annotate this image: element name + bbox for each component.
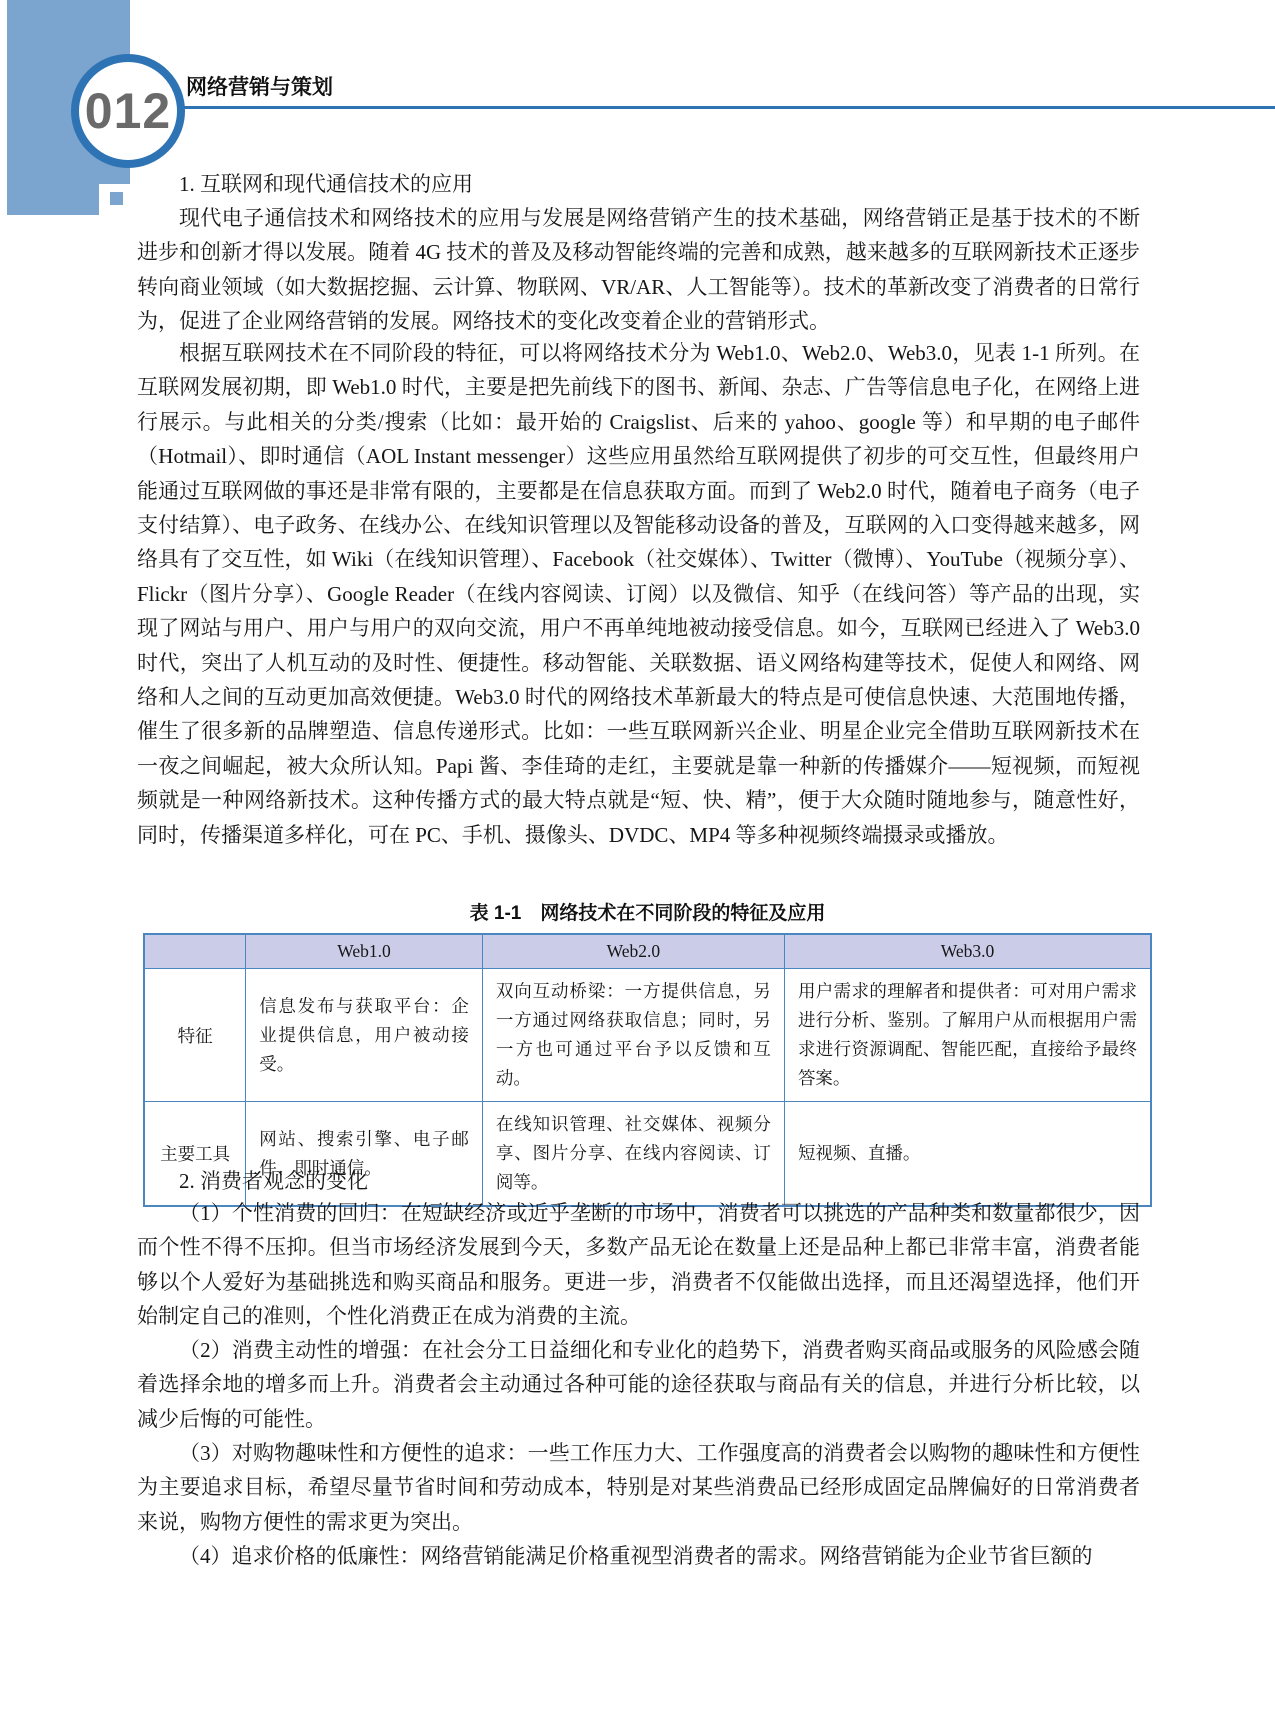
section1-paragraph-2: 根据互联网技术在不同阶段的特征，可以将网络技术分为 Web1.0、Web2.0、… bbox=[137, 336, 1140, 852]
table-header-web2: Web2.0 bbox=[482, 934, 784, 969]
section2-paragraph-3: （3）对购物趣味性和方便性的追求：一些工作压力大、工作强度高的消费者会以购物的趣… bbox=[137, 1436, 1140, 1539]
page-number-badge: 012 bbox=[71, 54, 185, 168]
section1-paragraph-1: 现代电子通信技术和网络技术的应用与发展是网络营销产生的技术基础，网络营销正是基于… bbox=[137, 201, 1140, 339]
table-cell-features-web3: 用户需求的理解者和提供者：可对用户需求进行分析、鉴别。了解用户从而根据用户需求进… bbox=[784, 969, 1151, 1102]
table-cell-features-web2: 双向互动桥梁：一方提供信息，另一方通过网络获取信息；同时，另一方也可通过平台予以… bbox=[482, 969, 784, 1102]
section2-heading: 2. 消费者观念的变化 bbox=[137, 1164, 1140, 1198]
section2-paragraph-1: （1）个性消费的回归：在短缺经济或近乎垄断的市场中，消费者可以挑选的产品种类和数… bbox=[137, 1196, 1140, 1334]
table-header-empty bbox=[144, 934, 246, 969]
book-title: 网络营销与策划 bbox=[186, 71, 333, 101]
table-header-row: Web1.0 Web2.0 Web3.0 bbox=[144, 934, 1151, 969]
book-page: 012 网络营销与策划 1. 互联网和现代通信技术的应用 现代电子通信技术和网络… bbox=[0, 0, 1275, 1718]
header-rule bbox=[150, 106, 1275, 109]
header-deco-square bbox=[110, 192, 123, 205]
page-number: 012 bbox=[85, 86, 171, 136]
table-header-web3: Web3.0 bbox=[784, 934, 1151, 969]
section2-paragraph-4: （4）追求价格的低廉性：网络营销能满足价格重视型消费者的需求。网络营销能为企业节… bbox=[137, 1539, 1140, 1573]
row-header-features: 特征 bbox=[144, 969, 246, 1102]
table-row-features: 特征 信息发布与获取平台：企业提供信息，用户被动接受。 双向互动桥梁：一方提供信… bbox=[144, 969, 1151, 1102]
table-cell-features-web1: 信息发布与获取平台：企业提供信息，用户被动接受。 bbox=[246, 969, 483, 1102]
section1-heading: 1. 互联网和现代通信技术的应用 bbox=[137, 167, 1140, 201]
section2-paragraph-2: （2）消费主动性的增强：在社会分工日益细化和专业化的趋势下，消费者购买商品或服务… bbox=[137, 1333, 1140, 1436]
table-header-web1: Web1.0 bbox=[246, 934, 483, 969]
table-caption: 表 1-1 网络技术在不同阶段的特征及应用 bbox=[143, 898, 1152, 925]
header-deco-block-lower bbox=[7, 184, 99, 215]
